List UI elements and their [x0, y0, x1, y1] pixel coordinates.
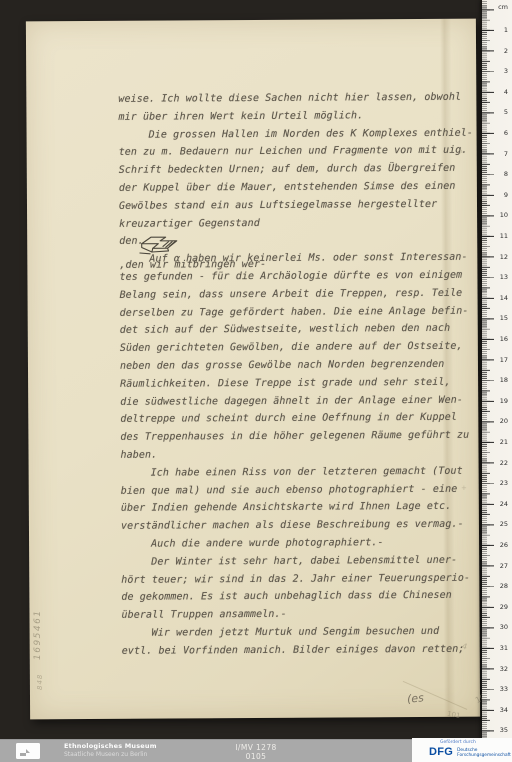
letter-line: Auf α haben wir keinerlei Ms. oder sonst… — [119, 249, 469, 269]
letter-line: Die grossen Hallen im Norden des K Kompl… — [119, 124, 469, 144]
letter-line: Belang sein, dass unsere Arbeit die Trep… — [119, 284, 469, 304]
ruler-number: 21 — [500, 438, 508, 446]
ruler-number: 32 — [500, 665, 508, 673]
handwritten-note-bottom: (es — [406, 691, 424, 705]
archive-signature: I/MV 1278 — [235, 743, 276, 752]
letter-line: de gekommen. Es ist auch unbehaglich das… — [121, 587, 471, 607]
letter-line: kreuzartiger Gegenstand ,den wir mitbrin… — [119, 213, 469, 233]
ruler-number: 22 — [500, 459, 508, 467]
pencil-margin-mark: + — [461, 484, 467, 492]
ruler-number: 1 — [504, 26, 508, 34]
ruler-number: 35 — [500, 726, 508, 734]
ruler-number: 25 — [500, 520, 508, 528]
ruler-number: 26 — [500, 541, 508, 549]
ruler-number: 4 — [504, 88, 508, 96]
institution-label: Ethnologisches Museum Staatliche Museen … — [64, 743, 157, 758]
ruler-number: 29 — [500, 603, 508, 611]
letter-line: Gewölbes stand ein aus Luftsiegelmasse h… — [119, 195, 469, 215]
dfg-logo: DFG — [429, 747, 453, 758]
letter-line: ten zu m. Bedauern nur Leichen und Fragm… — [119, 142, 469, 162]
dfg-name: Deutsche Forschungsgemeinschaft — [457, 747, 511, 758]
document-page: weise. Ich wollte diese Sachen nicht hie… — [26, 19, 480, 720]
letter-line: verständlicher machen als diese Beschrei… — [121, 516, 471, 536]
pencil-page-number-101: 101 — [446, 710, 461, 721]
dfg-name-line2: Forschungsgemeinschaft — [457, 753, 511, 758]
ruler-number: 11 — [500, 232, 508, 240]
ruler-number: 9 — [504, 191, 508, 199]
ruler-number: 34 — [500, 706, 508, 714]
ruler-number: 16 — [500, 335, 508, 343]
letter-line: Schrift bedeckten Urnen; auf dem, durch … — [119, 160, 469, 180]
letter-line: Süden gerichteten Gewölben, die andere a… — [120, 338, 470, 358]
ruler-number: 28 — [500, 582, 508, 590]
letter-line: weise. Ich wollte diese Sachen nicht hie… — [118, 89, 468, 109]
viewer-footer-bar: Ethnologisches Museum Staatliche Museen … — [0, 739, 512, 762]
pencil-annotation-vertical-2: 848 — [36, 656, 44, 690]
ruler-number: 12 — [500, 253, 508, 261]
ruler-number: 14 — [500, 294, 508, 302]
letter-line: Räumlichkeiten. Diese Treppe ist grade u… — [120, 373, 470, 393]
letter-line: die südwestliche dagegen ähnelt in der A… — [120, 391, 470, 411]
letter-line: haben. — [120, 445, 470, 465]
letter-line: der Kuppel über die Mauer, entstehenden … — [119, 178, 469, 198]
ruler-number: 30 — [500, 623, 508, 631]
ruler-number: 23 — [500, 479, 508, 487]
letter-line: tes gefunden - für die Archäologie dürft… — [119, 267, 469, 287]
smb-museum-logo — [16, 743, 40, 759]
letter-line: mir über ihren Wert kein Urteil möglich. — [118, 106, 468, 126]
letter-line: überall Truppen ansammeln.- — [121, 605, 471, 625]
letter-line: det sich auf der Südwestseite, westlich … — [120, 320, 470, 340]
ruler-number: 20 — [500, 417, 508, 425]
letter-line: derselben zu Tage gefördert haben. Die e… — [120, 302, 470, 322]
ruler-number: 27 — [500, 562, 508, 570]
ruler-number: 5 — [504, 108, 508, 116]
scan-page-number: 0105 — [235, 752, 276, 761]
ruler-number: 17 — [500, 356, 508, 364]
letter-line: evtl. bei Vorfinden manich. Bilder einig… — [122, 640, 472, 660]
ruler-number: 10 — [500, 211, 508, 219]
institution-subtitle: Staatliche Museen zu Berlin — [64, 752, 157, 758]
letter-line: über Indien gehende Ansichtskarte wird I… — [121, 498, 471, 518]
ruler-unit-label: cm — [498, 3, 508, 11]
ruler-number: 31 — [500, 644, 508, 652]
letter-line: Der Winter ist sehr hart, dabei Lebensmi… — [121, 551, 471, 571]
ruler-number: 3 — [504, 67, 508, 75]
ruler-number: 33 — [500, 685, 508, 693]
letter-line: des Treppenhauses in die höher gelegenen… — [120, 427, 470, 447]
institution-title: Ethnologisches Museum — [64, 743, 157, 750]
ruler-number: 8 — [504, 170, 508, 178]
archive-reference: I/MV 1278 0105 — [235, 743, 276, 761]
letter-line: deltreppe und scheint durch eine Oeffnun… — [120, 409, 470, 429]
pencil-annotation-vertical: 1695461 — [33, 570, 43, 660]
ruler-number: 2 — [504, 47, 508, 55]
letter-line: bien que mal) und sie auch ebenso photog… — [121, 480, 471, 500]
ruler-cm-ticks — [482, 0, 494, 762]
ruler-number: 19 — [500, 397, 508, 405]
letter-line: neben den das grosse Gewölbe nach Norden… — [120, 356, 470, 376]
pencil-margin-mark: a — [458, 148, 463, 156]
dfg-funding-badge: Gefördert durch DFG Deutsche Forschungsg… — [412, 738, 512, 762]
ruler-number: 24 — [500, 500, 508, 508]
measurement-ruler: cm 1234567891011121314151617181920212223… — [482, 0, 512, 762]
funding-pretext: Gefördert durch — [440, 741, 512, 746]
ruler-number: 7 — [504, 150, 508, 158]
typewritten-letter-text: weise. Ich wollte diese Sachen nicht hie… — [118, 89, 471, 661]
ruler-number: 6 — [504, 129, 508, 137]
ruler-number: 15 — [500, 314, 508, 322]
letter-line: Wir werden jetzt Murtuk und Sengim besuc… — [122, 623, 472, 643]
ruler-number: 18 — [500, 376, 508, 384]
ruler-number: 13 — [500, 273, 508, 281]
letter-line: Auch die andere wurde photographiert.- — [121, 534, 471, 554]
letter-line: hört teuer; wir sind in das 2. Jahr eine… — [121, 569, 471, 589]
letter-line: Ich habe einen Riss von der letzteren ge… — [121, 462, 471, 482]
